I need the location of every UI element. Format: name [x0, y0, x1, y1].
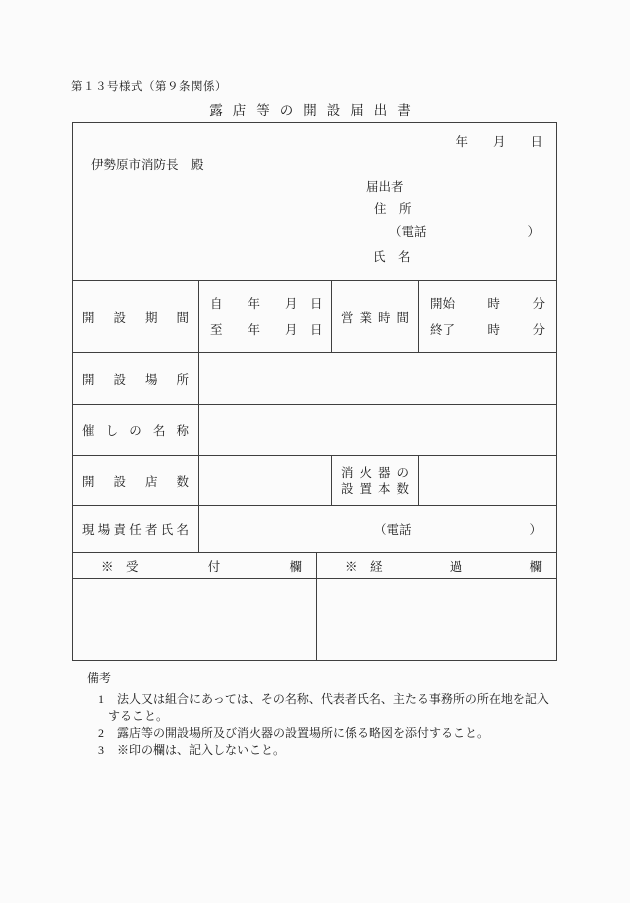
note-3-text: ※印の欄は、記入しないこと。 [117, 743, 285, 757]
event-name-label-cell: 催しの名称 [73, 405, 198, 455]
stall-count-label-cell: 開設店数 [73, 456, 198, 505]
receipt-header-part2: 付 [208, 557, 221, 575]
note-2-text: 露店等の開設場所及び消火器の設置場所に係る略図を添付すること。 [117, 726, 489, 740]
form-title: 露店等の開設届出書 [0, 99, 630, 119]
addressee-label: 伊勢原市消防長 殿 [91, 158, 204, 173]
extinguisher-label-cell: 消火器の 設置本数 [331, 456, 418, 505]
stamp-body-row [73, 578, 556, 660]
start-minute-unit: 分 [532, 291, 545, 317]
date-line: 年 月 日 [455, 135, 543, 150]
start-label: 開始 [430, 291, 455, 317]
location-label-cell: 開設場所 [73, 353, 198, 404]
location-label: 開設場所 [82, 370, 189, 388]
event-name-row: 催しの名称 [73, 404, 556, 455]
stall-count-label: 開設店数 [82, 472, 189, 490]
declarant-label: 届出者 [366, 180, 404, 195]
event-name-value-cell [198, 405, 556, 455]
opening-period-label: 開設期間 [82, 308, 189, 326]
extinguisher-label-line2: 設置本数 [341, 481, 409, 497]
phone-line: （電話 ） [389, 225, 540, 240]
note-2-line: 2露店等の開設場所及び消火器の設置場所に係る略図を添付すること。 [98, 724, 489, 741]
note-1-text: 法人又は組合にあっては、その名称、代表者氏名、主たる事務所の所在地を記入 [117, 692, 549, 706]
location-row: 開設場所 [73, 352, 556, 404]
note-1-number: 1 [98, 692, 117, 707]
responsible-phone-line: （電話 ） [374, 506, 542, 552]
opening-period-label-cell: 開設期間 [73, 281, 198, 352]
responsible-phone-open-paren: （電話 [374, 520, 412, 538]
receipt-header-part3: 欄 [289, 557, 302, 575]
responsible-value-cell: （電話 ） [198, 506, 556, 552]
name-label: 氏 名 [373, 250, 411, 265]
stall-count-value-cell [198, 456, 331, 505]
note-2-number: 2 [98, 726, 117, 741]
receipt-column-header: ※ 受 付 欄 [73, 553, 316, 578]
end-minute-unit: 分 [532, 317, 545, 343]
progress-header-part2: 過 [450, 557, 463, 575]
progress-column-header: ※ 経 過 欄 [316, 553, 556, 578]
extinguisher-value-cell [418, 456, 556, 505]
phone-open-paren: （電話 [389, 225, 427, 240]
start-time-line: 開始 時 分 [419, 291, 556, 317]
form-number: 第１３号様式（第９条関係） [71, 78, 227, 94]
progress-blank-cell [316, 579, 556, 660]
receipt-header-part1: ※ 受 [101, 557, 139, 575]
extinguisher-label-line1: 消火器の [341, 465, 409, 481]
form-table: 年 月 日 伊勢原市消防長 殿 届出者 住 所 （電話 ） 氏 名 開設期間 自… [72, 122, 557, 661]
note-1-line-2: すること。 [108, 707, 168, 724]
note-3-number: 3 [98, 743, 117, 758]
event-name-label: 催しの名称 [82, 421, 189, 439]
business-hours-label-cell: 営業時間 [331, 281, 418, 352]
location-value-cell [198, 353, 556, 404]
end-time-line: 終了 時 分 [419, 317, 556, 343]
end-hour-unit: 時 [487, 317, 500, 343]
document-page: 第１３号様式（第９条関係） 露店等の開設届出書 年 月 日 伊勢原市消防長 殿 … [0, 0, 630, 903]
responsible-label-cell: 現場責任者氏名 [73, 506, 198, 552]
stall-count-row: 開設店数 消火器の 設置本数 [73, 455, 556, 505]
end-label: 終了 [430, 317, 455, 343]
header-section: 年 月 日 伊勢原市消防長 殿 届出者 住 所 （電話 ） 氏 名 [73, 123, 556, 280]
responsible-phone-close-paren: ） [529, 520, 542, 538]
business-hours-label: 営業時間 [341, 308, 409, 326]
responsible-label: 現場責任者氏名 [82, 520, 189, 538]
business-hours-value-cell: 開始 時 分 終了 時 分 [418, 281, 556, 352]
period-dates-cell: 自 年 月 日 至 年 月 日 [198, 281, 331, 352]
progress-header-part1: ※ 経 [345, 557, 383, 575]
period-from-line: 自 年 月 日 [210, 291, 331, 317]
phone-close-paren: ） [527, 225, 540, 240]
period-to-line: 至 年 月 日 [210, 317, 331, 343]
opening-period-row: 開設期間 自 年 月 日 至 年 月 日 営業時間 開始 時 分 終了 時 分 [73, 280, 556, 352]
receipt-blank-cell [73, 579, 316, 660]
note-3-line: 3※印の欄は、記入しないこと。 [98, 741, 285, 758]
start-hour-unit: 時 [487, 291, 500, 317]
responsible-person-row: 現場責任者氏名 （電話 ） [73, 505, 556, 552]
note-1-line-1: 1法人又は組合にあっては、その名称、代表者氏名、主たる事務所の所在地を記入 [98, 690, 549, 707]
stamp-header-row: ※ 受 付 欄 ※ 経 過 欄 [73, 552, 556, 578]
address-label: 住 所 [374, 202, 412, 217]
remarks-heading: 備考 [87, 669, 111, 686]
progress-header-part3: 欄 [529, 557, 542, 575]
